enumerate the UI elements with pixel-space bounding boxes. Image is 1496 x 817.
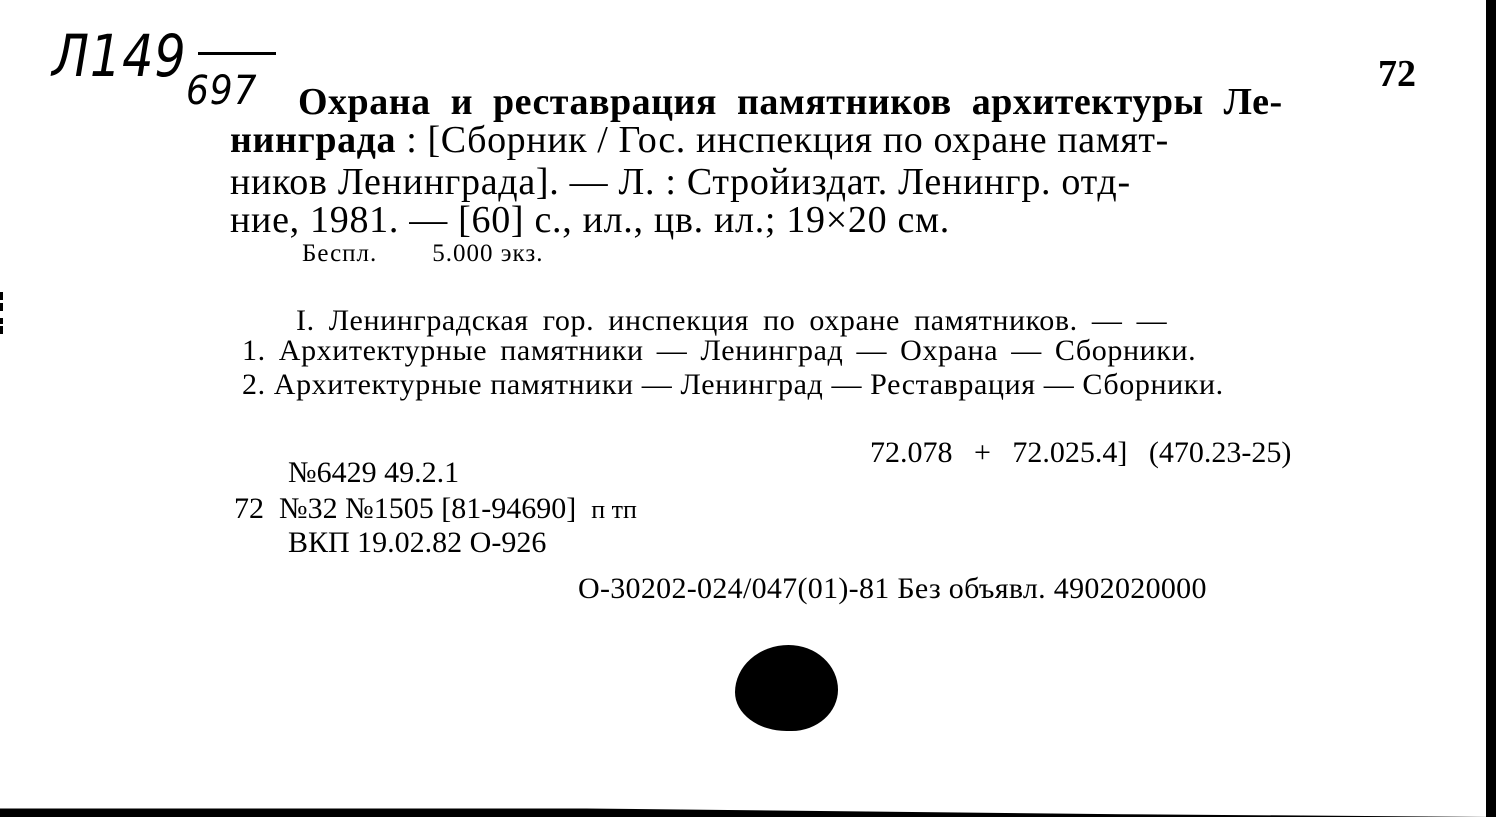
price: Беспл.: [302, 240, 377, 267]
classification-numbers: №32 №1505 [81-94690]: [279, 492, 576, 525]
edge-mark: [0, 326, 3, 334]
edge-mark: [0, 318, 3, 324]
note-3: 2. Архитектурные памятники — Ленинград —…: [242, 368, 1224, 402]
title-line-2-bold: нинграда: [230, 119, 396, 161]
page-number: 72: [1378, 52, 1416, 96]
punch-hole: [735, 645, 838, 731]
note-2: 1. Архитектурные памятники — Ленинград —…: [242, 334, 1196, 368]
title-line-4: ние, 1981. — [60] с., ил., цв. ил.; 19×2…: [230, 198, 950, 242]
classification-line-2: 72 №32 №1505 [81-94690] п тп: [234, 492, 637, 526]
note-1: I. Ленинградская гор. инспекция по охран…: [296, 304, 1167, 338]
call-number-bottom: 697: [186, 68, 257, 114]
classification-prefix: 72: [234, 492, 264, 525]
edge-mark: [0, 303, 3, 311]
classification-suffix: п тп: [591, 495, 637, 524]
title-line-2: нинграда : [Сборник / Гос. инспекция по …: [230, 118, 1169, 162]
call-number-divider: [198, 52, 276, 55]
classification-line-4: О-30202-024/047(01)-81 Без объявл. 49020…: [578, 572, 1207, 606]
card-right-edge: [1486, 0, 1496, 817]
edge-mark: [0, 292, 3, 300]
title-line-2-rest: : [Сборник / Гос. инспекция по охране па…: [396, 119, 1169, 161]
catalog-card: Л149 697 72 Охрана и реставрация памятни…: [0, 0, 1496, 817]
classification-line-1: №6429 49.2.1: [288, 456, 459, 490]
classification-line-3: ВКП 19.02.82 О-926: [288, 526, 546, 560]
price-copies-line: Беспл.5.000 экз.: [302, 240, 543, 268]
call-number-top: Л149: [52, 22, 187, 90]
udc-classification: 72.078 + 72.025.4] (470.23-25): [870, 436, 1291, 470]
card-bottom-edge: [0, 803, 1496, 817]
copies: 5.000 экз.: [432, 240, 543, 267]
